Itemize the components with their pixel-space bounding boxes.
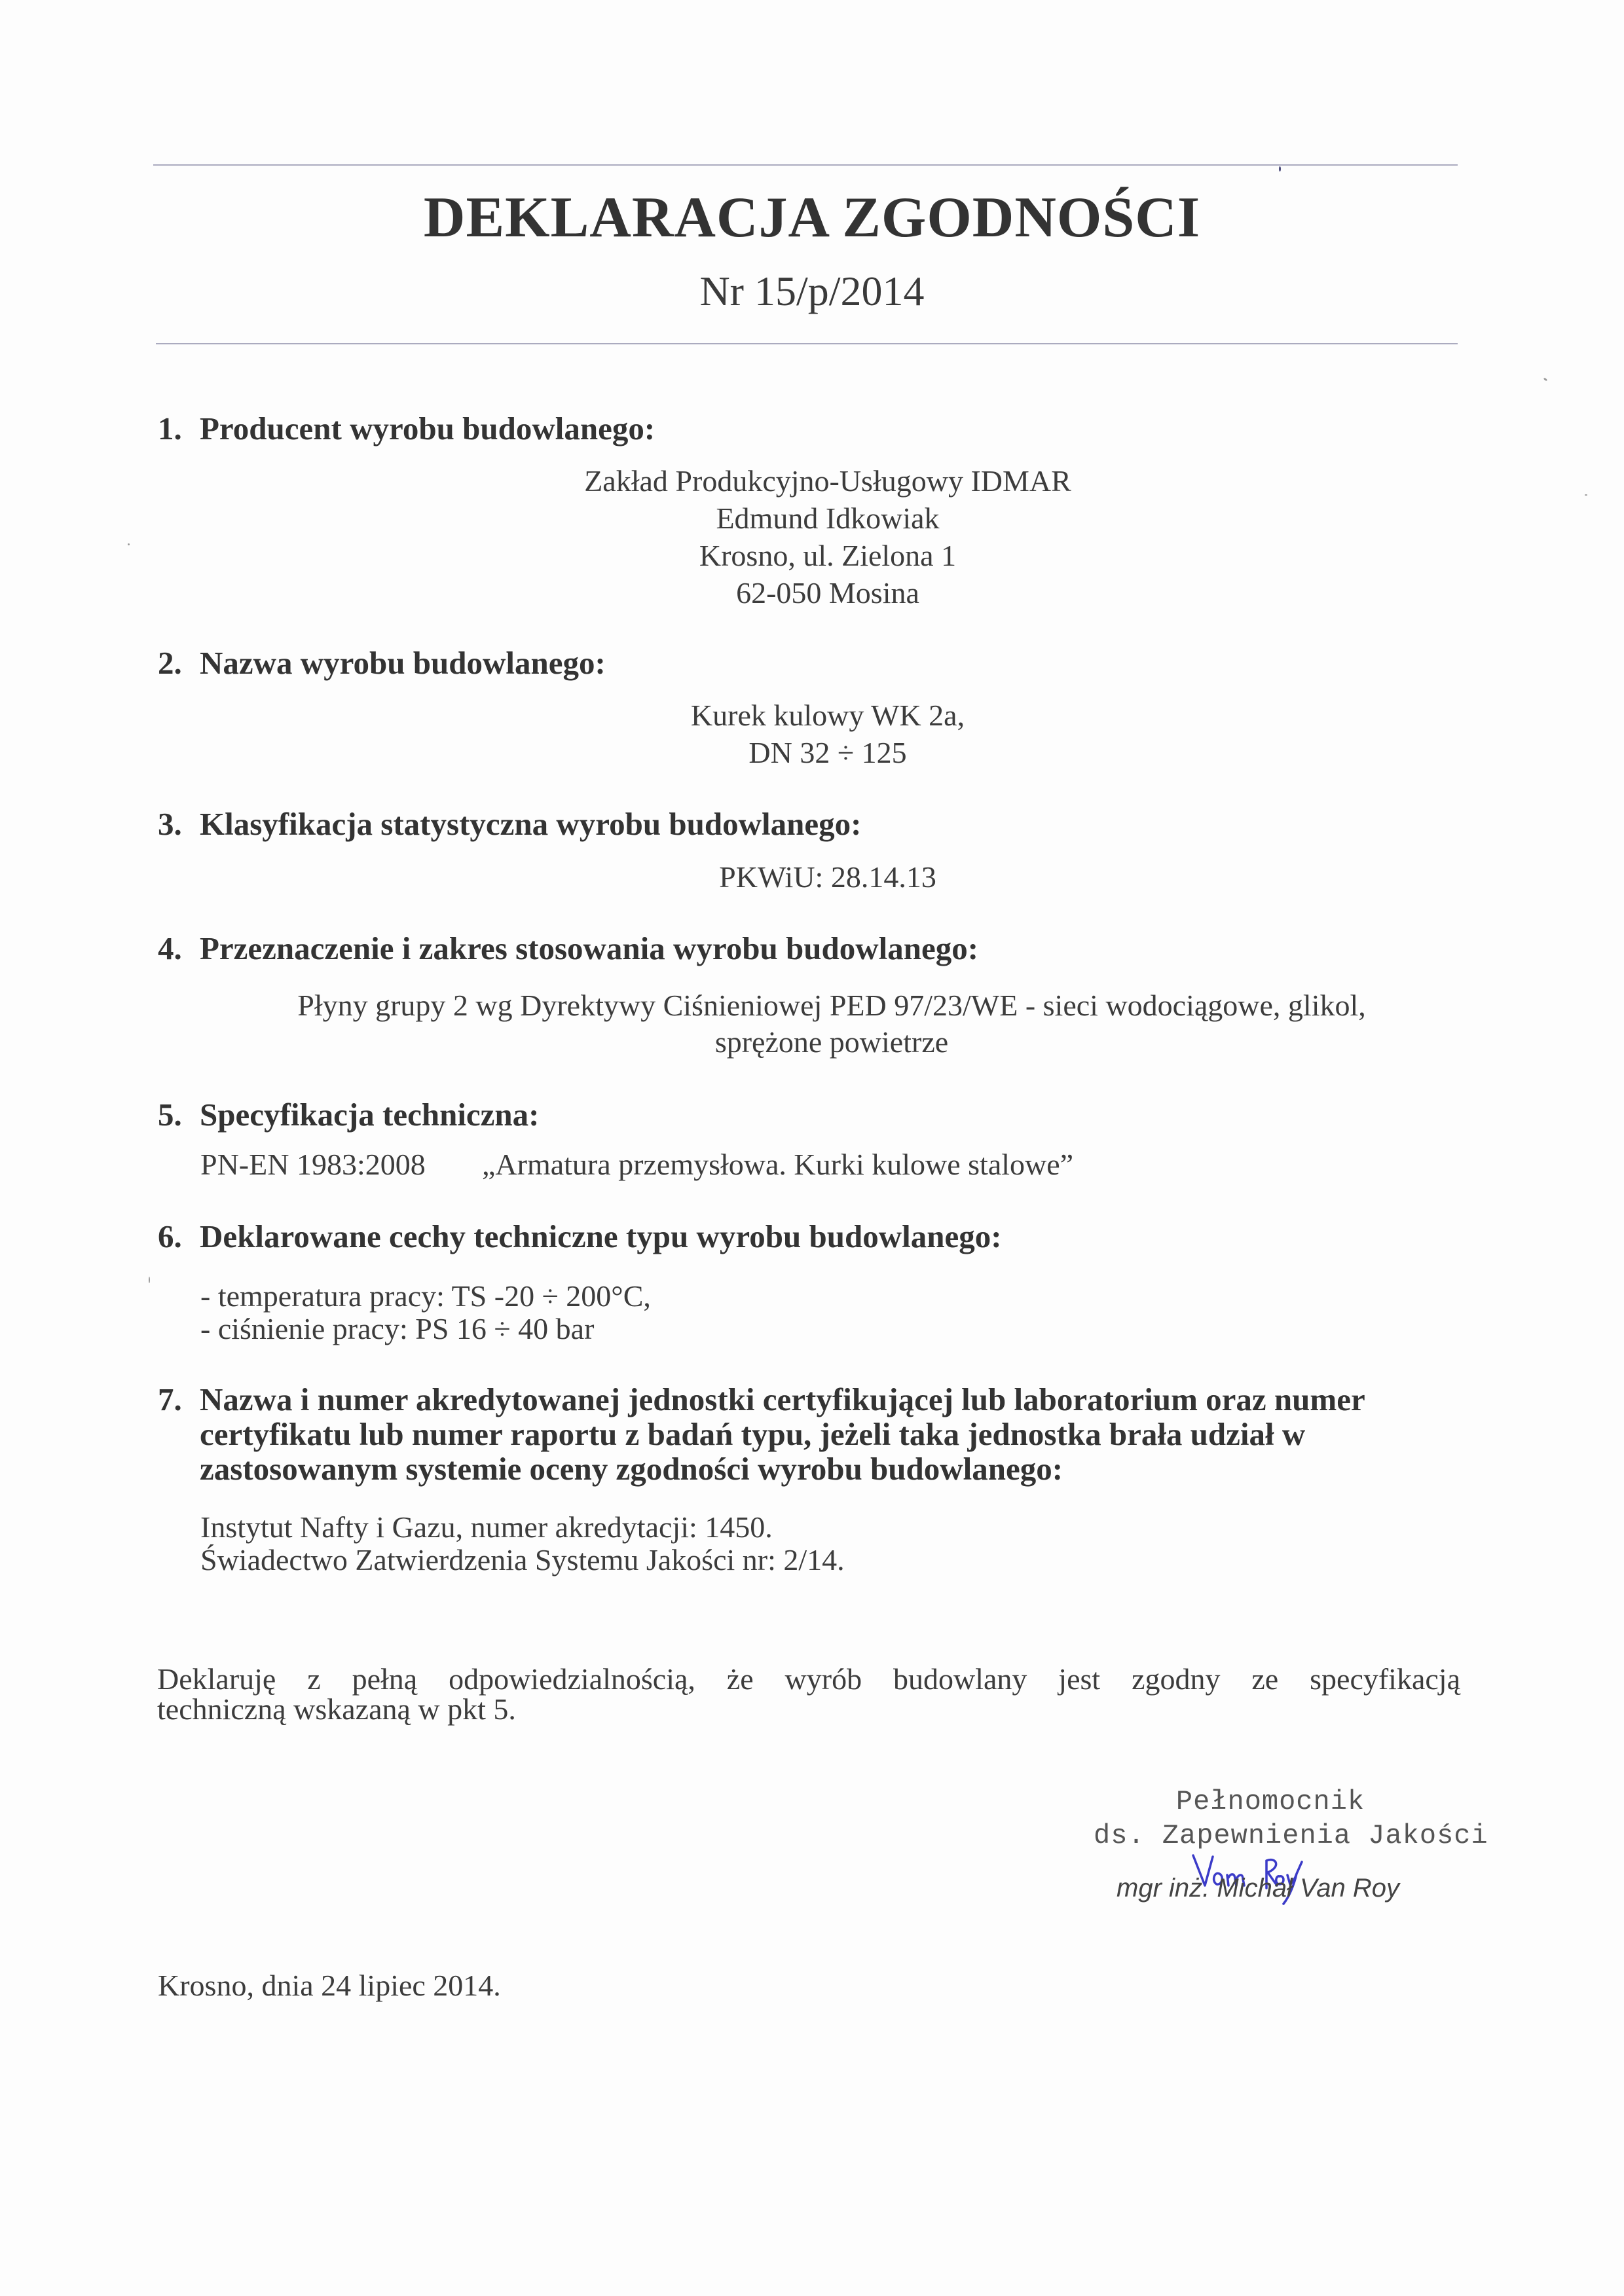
section-4-heading: 4.Przeznaczenie i zakres stosowania wyro… bbox=[158, 930, 978, 967]
product-model: Kurek kulowy WK 2a, bbox=[631, 697, 1024, 734]
section-7-heading: 7. Nazwa i numer akredytowanej jednostki… bbox=[158, 1382, 1365, 1486]
producer-name: Zakład Produkcyjno-Usługowy IDMAR bbox=[566, 462, 1090, 500]
section-title: Producent wyrobu budowlanego: bbox=[200, 410, 655, 446]
section-number: 2. bbox=[158, 644, 200, 682]
document-title: DEKLARACJA ZGODNOŚCI bbox=[0, 185, 1624, 251]
section-7-heading-line-2: certyfikatu lub numer raportu z badań ty… bbox=[200, 1417, 1365, 1451]
section-2-heading: 2.Nazwa wyrobu budowlanego: bbox=[158, 644, 606, 682]
section-number: 3. bbox=[158, 805, 200, 843]
section-number: 1. bbox=[158, 410, 200, 447]
section-title: Przeznaczenie i zakres stosowania wyrobu… bbox=[200, 930, 978, 966]
declaration-line-1: Deklaruję z pełną odpowiedzialnością, że… bbox=[157, 1664, 1460, 1694]
intended-use-line-2: sprężone powietrze bbox=[216, 1024, 1447, 1061]
section-1-heading: 1.Producent wyrobu budowlanego: bbox=[158, 410, 655, 447]
product-size-range: DN 32 ÷ 125 bbox=[631, 734, 1024, 771]
producer-street: Krosno, ul. Zielona 1 bbox=[566, 537, 1090, 574]
section-title: Klasyfikacja statystyczna wyrobu budowla… bbox=[200, 806, 861, 842]
pkwiu-code: PKWiU: 28.14.13 bbox=[664, 860, 991, 894]
section-number: 7. bbox=[158, 1382, 200, 1486]
certification-body: Instytut Nafty i Gazu, numer akredytacji… bbox=[200, 1511, 845, 1576]
producer-address: Zakład Produkcyjno-Usługowy IDMAR Edmund… bbox=[566, 462, 1090, 611]
section-6-heading: 6.Deklarowane cechy techniczne typu wyro… bbox=[158, 1218, 1002, 1255]
intended-use-line-1: Płyny grupy 2 wg Dyrektywy Ciśnieniowej … bbox=[216, 987, 1447, 1024]
signatory-name: mgr inż. Michał Van Roy bbox=[1116, 1874, 1399, 1903]
technical-standard-title: „Armatura przemysłowa. Kurki kulowe stal… bbox=[482, 1147, 1073, 1182]
section-3-heading: 3.Klasyfikacja statystyczna wyrobu budow… bbox=[158, 805, 861, 843]
technical-standard: PN-EN 1983:2008 bbox=[200, 1147, 426, 1182]
quality-system-certificate: Świadectwo Zatwierdzenia Systemu Jakości… bbox=[200, 1544, 845, 1576]
document-number: Nr 15/p/2014 bbox=[0, 267, 1624, 316]
declaration-statement: Deklaruję z pełną odpowiedzialnością, że… bbox=[157, 1664, 1460, 1724]
producer-postcode: 62-050 Mosina bbox=[566, 574, 1090, 611]
product-name: Kurek kulowy WK 2a, DN 32 ÷ 125 bbox=[631, 697, 1024, 771]
header-bottom-rule bbox=[156, 343, 1458, 344]
section-title: Specyfikacja techniczna: bbox=[200, 1097, 540, 1133]
scan-speck bbox=[128, 543, 130, 545]
scan-speck bbox=[1585, 494, 1587, 496]
scan-speck bbox=[1543, 378, 1548, 382]
section-title: Deklarowane cechy techniczne typu wyrobu… bbox=[200, 1218, 1002, 1254]
scan-speck bbox=[1279, 166, 1281, 172]
section-5-heading: 5.Specyfikacja techniczna: bbox=[158, 1096, 540, 1133]
working-temperature: - temperatura pracy: TS -20 ÷ 200°C, bbox=[200, 1280, 651, 1313]
top-rule bbox=[153, 164, 1458, 166]
section-7-heading-line-3: zastosowanym systemie oceny zgodności wy… bbox=[200, 1451, 1365, 1486]
technical-properties: - temperatura pracy: TS -20 ÷ 200°C, - c… bbox=[200, 1280, 651, 1345]
stamp-role: Pełnomocnik bbox=[1100, 1786, 1441, 1817]
place-and-date: Krosno, dnia 24 lipiec 2014. bbox=[158, 1968, 501, 2003]
section-number: 6. bbox=[158, 1218, 200, 1255]
section-number: 5. bbox=[158, 1096, 200, 1133]
intended-use: Płyny grupy 2 wg Dyrektywy Ciśnieniowej … bbox=[216, 987, 1447, 1061]
declaration-line-2: techniczną wskazaną w pkt 5. bbox=[157, 1694, 1460, 1724]
producer-owner: Edmund Idkowiak bbox=[566, 500, 1090, 537]
section-number: 4. bbox=[158, 930, 200, 967]
stamp-department: ds. Zapewnienia Jakości bbox=[1094, 1820, 1447, 1851]
section-7-heading-line-1: Nazwa i numer akredytowanej jednostki ce… bbox=[200, 1382, 1365, 1417]
working-pressure: - ciśnienie pracy: PS 16 ÷ 40 bar bbox=[200, 1313, 651, 1345]
section-title: Nazwa wyrobu budowlanego: bbox=[200, 645, 606, 681]
accreditation-info: Instytut Nafty i Gazu, numer akredytacji… bbox=[200, 1511, 845, 1544]
scan-speck bbox=[149, 1277, 150, 1283]
